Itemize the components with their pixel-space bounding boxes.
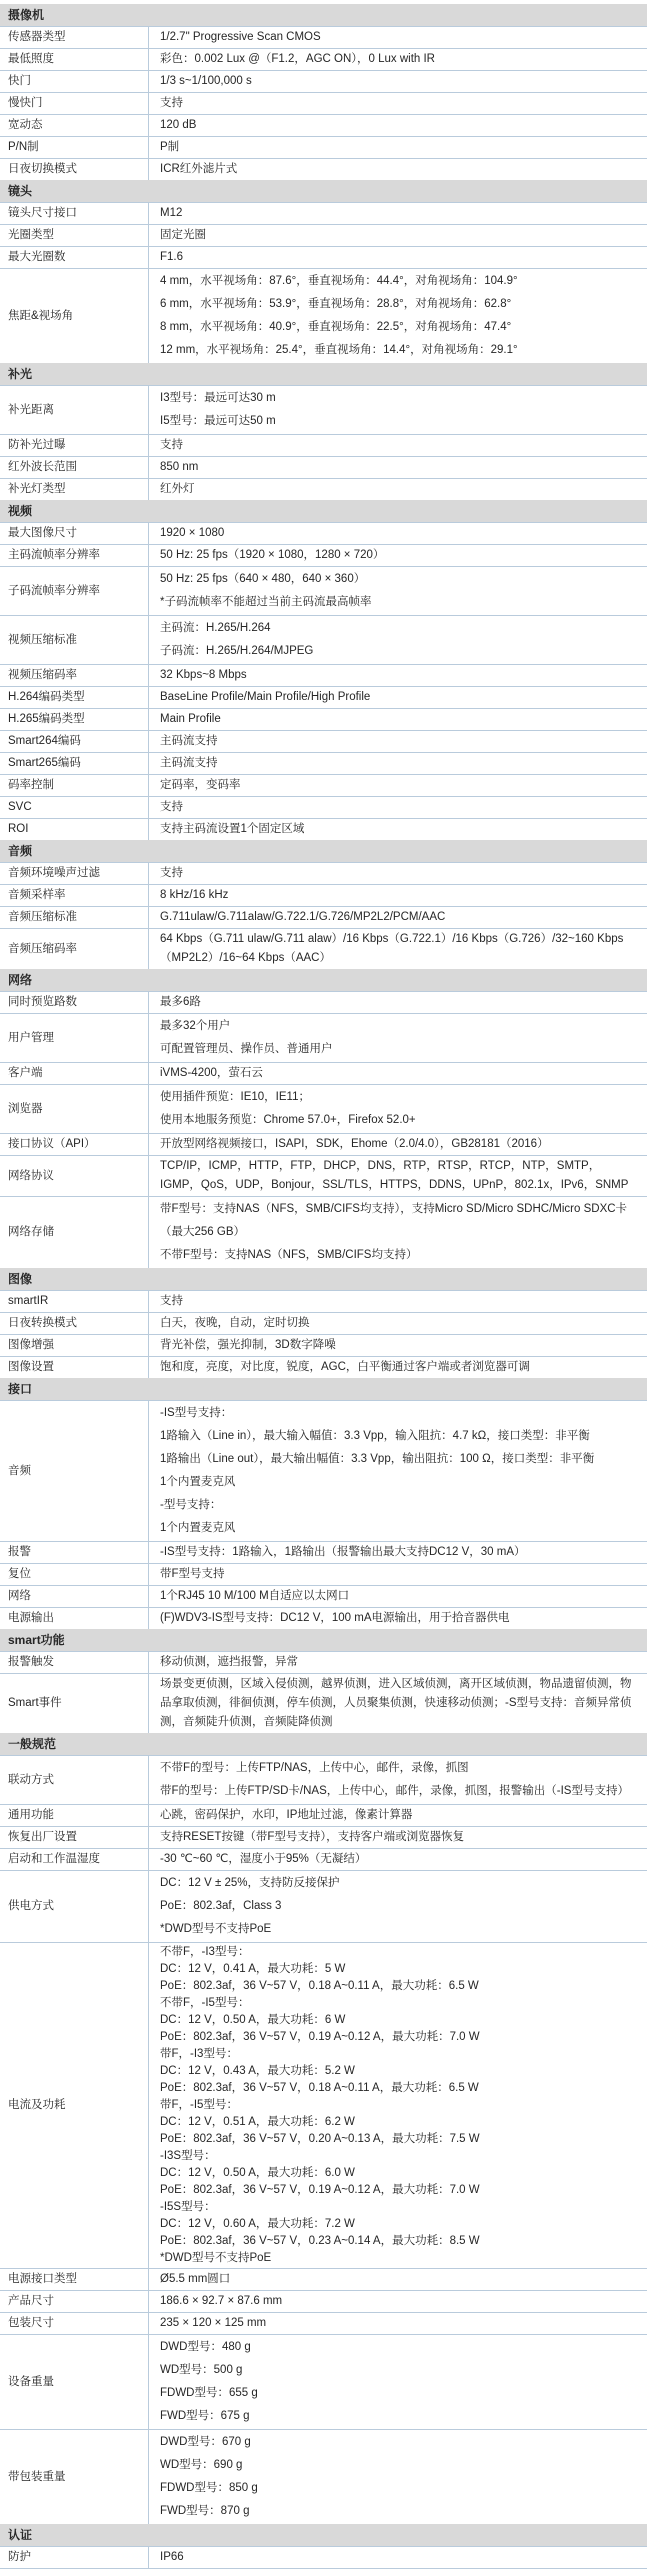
spec-value: iVMS-4200，萤石云	[148, 1063, 647, 1084]
spec-label: 补光灯类型	[0, 479, 148, 500]
spec-value-line: iVMS-4200，萤石云	[160, 1064, 639, 1083]
spec-value: Ø5.5 mm圆口	[148, 2269, 647, 2290]
spec-value: 带F型号支持	[148, 1564, 647, 1585]
spec-label: 码率控制	[0, 775, 148, 796]
spec-value-line: 1/3 s~1/100,000 s	[160, 72, 639, 91]
spec-value-line: 186.6 × 92.7 × 87.6 mm	[160, 2292, 639, 2311]
spec-value-line: I5型号：最远可达50 m	[160, 410, 639, 433]
spec-value: 主码流支持	[148, 753, 647, 774]
spec-label: 电源输出	[0, 1608, 148, 1629]
spec-row: 网络协议TCP/IP，ICMP，HTTP，FTP，DHCP，DNS，RTP，RT…	[0, 1155, 647, 1196]
spec-row: 最低照度彩色：0.002 Lux @（F1.2，AGC ON），0 Lux wi…	[0, 48, 647, 70]
spec-value: -30 ℃~60 ℃，湿度小于95%（无凝结）	[148, 1849, 647, 1870]
spec-label: 网络存储	[0, 1197, 148, 1268]
spec-row: 包装尺寸235 × 120 × 125 mm	[0, 2312, 647, 2334]
spec-value-line: 开放型网络视频接口，ISAPI，SDK，Ehome（2.0/4.0），GB281…	[160, 1135, 639, 1154]
spec-value: 移动侦测，遮挡报警，异常	[148, 1652, 647, 1673]
spec-value-line: PoE：802.3af，36 V~57 V，0.19 A~0.12 A，最大功耗…	[160, 2182, 639, 2199]
spec-row: Smart265编码主码流支持	[0, 752, 647, 774]
spec-row: 音频采样率8 kHz/16 kHz	[0, 884, 647, 906]
spec-label: 最大光圈数	[0, 247, 148, 268]
section-header: 认证	[0, 2524, 647, 2546]
spec-value-line: 带F的型号：上传FTP/SD卡/NAS，上传中心，邮件，录像，抓图，报警输出（-…	[160, 1780, 639, 1803]
section-header: 摄像机	[0, 4, 647, 26]
section-header: 镜头	[0, 180, 647, 202]
spec-table: 摄像机传感器类型1/2.7" Progressive Scan CMOS最低照度…	[0, 4, 647, 2569]
spec-label: H.264编码类型	[0, 687, 148, 708]
spec-value-line: FWD型号：675 g	[160, 2405, 639, 2428]
spec-value: 主码流支持	[148, 731, 647, 752]
spec-row: 电流及功耗不带F，-I3型号：DC：12 V，0.41 A，最大功耗：5 WPo…	[0, 1942, 647, 2268]
spec-value: 主码流：H.265/H.264子码流：H.265/H.264/MJPEG	[148, 616, 647, 664]
spec-row: Smart事件场景变更侦测，区域入侵侦测，越界侦测，进入区域侦测，离开区域侦测，…	[0, 1673, 647, 1733]
spec-row: smartIR支持	[0, 1290, 647, 1312]
spec-label: Smart事件	[0, 1674, 148, 1733]
section-header: 视频	[0, 500, 647, 522]
spec-label: 最大图像尺寸	[0, 523, 148, 544]
spec-value-line: 带F，-I5型号：	[160, 2097, 639, 2114]
spec-row: H.265编码类型Main Profile	[0, 708, 647, 730]
spec-value-line: 白天，夜晚，自动，定时切换	[160, 1314, 639, 1333]
spec-value-line: 1路输入（Line in），最大输入幅值：3.3 Vpp，输入阻抗：4.7 kΩ…	[160, 1425, 639, 1448]
spec-row: 设备重量DWD型号：480 gWD型号：500 gFDWD型号：655 gFWD…	[0, 2334, 647, 2429]
spec-value: 定码率，变码率	[148, 775, 647, 796]
spec-row: 接口协议（API）开放型网络视频接口，ISAPI，SDK，Ehome（2.0/4…	[0, 1133, 647, 1155]
spec-row: 音频压缩码率64 Kbps（G.711 ulaw/G.711 alaw）/16 …	[0, 928, 647, 969]
spec-label: 补光距离	[0, 386, 148, 434]
section-header: 图像	[0, 1268, 647, 1290]
spec-value-line: 支持	[160, 94, 639, 113]
spec-label: 焦距&视场角	[0, 269, 148, 363]
spec-row: 日夜转换模式白天，夜晚，自动，定时切换	[0, 1312, 647, 1334]
spec-label: 图像设置	[0, 1357, 148, 1378]
spec-value: ICR红外滤片式	[148, 159, 647, 180]
spec-row: 最大光圈数F1.6	[0, 246, 647, 268]
section-header: 网络	[0, 969, 647, 991]
spec-value: 最多6路	[148, 992, 647, 1013]
spec-label: SVC	[0, 797, 148, 818]
spec-label: 红外波长范围	[0, 457, 148, 478]
spec-label: smartIR	[0, 1291, 148, 1312]
spec-value-line: *子码流帧率不能超过当前主码流最高帧率	[160, 591, 639, 614]
spec-value-line: 移动侦测，遮挡报警，异常	[160, 1653, 639, 1672]
spec-label: 子码流帧率分辨率	[0, 567, 148, 615]
spec-value: 支持RESET按键（带F型号支持），支持客户端或浏览器恢复	[148, 1827, 647, 1848]
spec-value: 4 mm，水平视场角：87.6°，垂直视场角：44.4°，对角视场角：104.9…	[148, 269, 647, 363]
spec-value-line: DC：12 V ± 25%，支持防反接保护	[160, 1872, 639, 1895]
spec-value-line: PoE：802.3af，36 V~57 V，0.23 A~0.14 A，最大功耗…	[160, 2233, 639, 2250]
spec-label: 音频	[0, 1401, 148, 1541]
spec-value: 支持	[148, 93, 647, 114]
spec-value-line: 使用本地服务预览：Chrome 57.0+，Firefox 52.0+	[160, 1109, 639, 1132]
spec-row: 宽动态120 dB	[0, 114, 647, 136]
section-header: 接口	[0, 1378, 647, 1400]
spec-value-line: 4 mm，水平视场角：87.6°，垂直视场角：44.4°，对角视场角：104.9…	[160, 270, 639, 293]
spec-value: 1920 × 1080	[148, 523, 647, 544]
spec-label: 音频压缩码率	[0, 929, 148, 969]
spec-row: 音频环境噪声过滤支持	[0, 862, 647, 884]
spec-value: 支持主码流设置1个固定区域	[148, 819, 647, 840]
spec-value-line: 带F型号：支持NAS（NFS，SMB/CIFS均支持），支持Micro SD/M…	[160, 1198, 639, 1244]
spec-value-line: -IS型号支持：	[160, 1402, 639, 1425]
spec-value-line: 不带F型号：支持NAS（NFS，SMB/CIFS均支持）	[160, 1244, 639, 1267]
spec-row: 客户端iVMS-4200，萤石云	[0, 1062, 647, 1084]
spec-label: 视频压缩码率	[0, 665, 148, 686]
spec-value: 支持	[148, 1291, 647, 1312]
spec-value-line: WD型号：690 g	[160, 2454, 639, 2477]
spec-value-line: 可配置管理员、操作员、普通用户	[160, 1038, 639, 1061]
spec-value: 开放型网络视频接口，ISAPI，SDK，Ehome（2.0/4.0），GB281…	[148, 1134, 647, 1155]
spec-value-line: 支持	[160, 798, 639, 817]
spec-value-line: 6 mm，水平视场角：53.9°，垂直视场角：28.8°，对角视场角：62.8°	[160, 293, 639, 316]
spec-row: 日夜切换模式ICR红外滤片式	[0, 158, 647, 180]
spec-value-line: -I5S型号：	[160, 2199, 639, 2216]
spec-value-line: 固定光圈	[160, 226, 639, 245]
spec-label: 报警	[0, 1542, 148, 1563]
spec-row: 主码流帧率分辨率50 Hz: 25 fps（1920 × 1080，1280 ×…	[0, 544, 647, 566]
spec-label: P/N制	[0, 137, 148, 158]
spec-value-line: FWD型号：870 g	[160, 2500, 639, 2523]
spec-value: BaseLine Profile/Main Profile/High Profi…	[148, 687, 647, 708]
spec-row: 启动和工作温湿度-30 ℃~60 ℃，湿度小于95%（无凝结）	[0, 1848, 647, 1870]
spec-label: 日夜切换模式	[0, 159, 148, 180]
spec-row: 最大图像尺寸1920 × 1080	[0, 522, 647, 544]
spec-value: 64 Kbps（G.711 ulaw/G.711 alaw）/16 Kbps（G…	[148, 929, 647, 969]
spec-row: 联动方式不带F的型号：上传FTP/NAS，上传中心，邮件，录像，抓图带F的型号：…	[0, 1755, 647, 1804]
spec-value: DC：12 V ± 25%，支持防反接保护PoE：802.3af，Class 3…	[148, 1871, 647, 1942]
spec-row: 音频-IS型号支持：1路输入（Line in），最大输入幅值：3.3 Vpp，输…	[0, 1400, 647, 1541]
spec-label: Smart265编码	[0, 753, 148, 774]
spec-label: 音频环境噪声过滤	[0, 863, 148, 884]
spec-row: 电源输出(F)WDV3-IS型号支持：DC12 V，100 mA电源输出，用于拾…	[0, 1607, 647, 1629]
spec-label: 供电方式	[0, 1871, 148, 1942]
spec-label: 同时预览路数	[0, 992, 148, 1013]
spec-value-line: 主码流支持	[160, 754, 639, 773]
spec-value: (F)WDV3-IS型号支持：DC12 V，100 mA电源输出，用于拾音器供电	[148, 1608, 647, 1629]
spec-value: 50 Hz: 25 fps（640 × 480，640 × 360）*子码流帧率…	[148, 567, 647, 615]
spec-value: 1/3 s~1/100,000 s	[148, 71, 647, 92]
spec-value-line: 主码流支持	[160, 732, 639, 751]
spec-value-line: 带F型号支持	[160, 1565, 639, 1584]
spec-label: 图像增强	[0, 1335, 148, 1356]
spec-value: DWD型号：670 gWD型号：690 gFDWD型号：850 gFWD型号：8…	[148, 2430, 647, 2524]
spec-label: 电流及功耗	[0, 1943, 148, 2268]
spec-value-line: P制	[160, 138, 639, 157]
spec-value-line: 支持	[160, 864, 639, 883]
spec-row: 恢复出厂设置支持RESET按键（带F型号支持），支持客户端或浏览器恢复	[0, 1826, 647, 1848]
spec-label: H.265编码类型	[0, 709, 148, 730]
spec-label: 音频压缩标准	[0, 907, 148, 928]
spec-value-line: 支持	[160, 1292, 639, 1311]
spec-value-line: DC：12 V，0.50 A，最大功耗：6 W	[160, 2012, 639, 2029]
spec-row: 补光灯类型红外灯	[0, 478, 647, 500]
spec-row: 视频压缩标准主码流：H.265/H.264子码流：H.265/H.264/MJP…	[0, 615, 647, 664]
spec-value-line: 1920 × 1080	[160, 524, 639, 543]
spec-value-line: 1路输出（Line out），最大输出幅值：3.3 Vpp，输出阻抗：100 Ω…	[160, 1448, 639, 1471]
spec-label: 防补光过曝	[0, 435, 148, 456]
spec-value-line: -型号支持：	[160, 1494, 639, 1517]
spec-value: 最多32个用户可配置管理员、操作员、普通用户	[148, 1014, 647, 1062]
spec-value: M12	[148, 203, 647, 224]
spec-value-line: 彩色：0.002 Lux @（F1.2，AGC ON），0 Lux with I…	[160, 50, 639, 69]
spec-value: 1个RJ45 10 M/100 M自适应以太网口	[148, 1586, 647, 1607]
spec-row: H.264编码类型BaseLine Profile/Main Profile/H…	[0, 686, 647, 708]
spec-row: 供电方式DC：12 V ± 25%，支持防反接保护PoE：802.3af，Cla…	[0, 1870, 647, 1942]
spec-value-line: PoE：802.3af，Class 3	[160, 1895, 639, 1918]
spec-row: 慢快门支持	[0, 92, 647, 114]
spec-label: ROI	[0, 819, 148, 840]
spec-value-line: 64 Kbps（G.711 ulaw/G.711 alaw）/16 Kbps（G…	[160, 930, 639, 968]
spec-label: 恢复出厂设置	[0, 1827, 148, 1848]
spec-row: 传感器类型1/2.7" Progressive Scan CMOS	[0, 26, 647, 48]
spec-value-line: TCP/IP，ICMP，HTTP，FTP，DHCP，DNS，RTP，RTSP，R…	[160, 1157, 639, 1195]
spec-label: 视频压缩标准	[0, 616, 148, 664]
spec-value-line: *DWD型号不支持PoE	[160, 2250, 639, 2267]
spec-value-line: 心跳，密码保护，水印，IP地址过滤，像素计算器	[160, 1806, 639, 1825]
spec-value: 32 Kbps~8 Mbps	[148, 665, 647, 686]
spec-value-line: 50 Hz: 25 fps（1920 × 1080，1280 × 720）	[160, 546, 639, 565]
spec-row: 网络1个RJ45 10 M/100 M自适应以太网口	[0, 1585, 647, 1607]
spec-value-line: 1/2.7" Progressive Scan CMOS	[160, 28, 639, 47]
spec-label: 电源接口类型	[0, 2269, 148, 2290]
spec-label: 传感器类型	[0, 27, 148, 48]
spec-value: 8 kHz/16 kHz	[148, 885, 647, 906]
spec-value-line: PoE：802.3af，36 V~57 V，0.19 A~0.12 A，最大功耗…	[160, 2029, 639, 2046]
spec-row: 图像增强背光补偿，强光抑制，3D数字降噪	[0, 1334, 647, 1356]
spec-value-line: -30 ℃~60 ℃，湿度小于95%（无凝结）	[160, 1850, 639, 1869]
spec-label: Smart264编码	[0, 731, 148, 752]
spec-value-line: DWD型号：670 g	[160, 2431, 639, 2454]
spec-value-line: FDWD型号：850 g	[160, 2477, 639, 2500]
spec-value-line: DWD型号：480 g	[160, 2336, 639, 2359]
spec-value-line: 支持	[160, 436, 639, 455]
spec-value-line: *DWD型号不支持PoE	[160, 1918, 639, 1941]
spec-label: 接口协议（API）	[0, 1134, 148, 1155]
spec-value: 场景变更侦测，区域入侵侦测，越界侦测，进入区域侦测，离开区域侦测，物品遗留侦测，…	[148, 1674, 647, 1733]
spec-label: 主码流帧率分辨率	[0, 545, 148, 566]
spec-value: I3型号：最远可达30 mI5型号：最远可达50 m	[148, 386, 647, 434]
spec-label: 报警触发	[0, 1652, 148, 1673]
spec-value: 支持	[148, 863, 647, 884]
spec-row: 报警-IS型号支持：1路输入，1路输出（报警输出最大支持DC12 V，30 mA…	[0, 1541, 647, 1563]
spec-value-line: 红外灯	[160, 480, 639, 499]
spec-value-line: -IS型号支持：1路输入，1路输出（报警输出最大支持DC12 V，30 mA）	[160, 1543, 639, 1562]
spec-value: -IS型号支持：1路输入（Line in），最大输入幅值：3.3 Vpp，输入阻…	[148, 1401, 647, 1541]
spec-value-line: 不带F，-I3型号：	[160, 1944, 639, 1961]
spec-value-line: DC：12 V，0.50 A，最大功耗：6.0 W	[160, 2165, 639, 2182]
spec-row: 补光距离I3型号：最远可达30 mI5型号：最远可达50 m	[0, 385, 647, 434]
spec-row: 带包装重量DWD型号：670 gWD型号：690 gFDWD型号：850 gFW…	[0, 2429, 647, 2524]
spec-label: 宽动态	[0, 115, 148, 136]
spec-value-line: 使用插件预览：IE10，IE11；	[160, 1086, 639, 1109]
spec-value: 支持	[148, 797, 647, 818]
spec-label: 慢快门	[0, 93, 148, 114]
spec-value-line: M12	[160, 204, 639, 223]
spec-value: 50 Hz: 25 fps（1920 × 1080，1280 × 720）	[148, 545, 647, 566]
spec-value-line: Ø5.5 mm圆口	[160, 2270, 639, 2289]
spec-value-line: 饱和度，亮度，对比度，锐度，AGC，白平衡通过客户端或者浏览器可调	[160, 1358, 639, 1377]
spec-value: 120 dB	[148, 115, 647, 136]
spec-value-line: BaseLine Profile/Main Profile/High Profi…	[160, 688, 639, 707]
spec-row: 通用功能心跳，密码保护，水印，IP地址过滤，像素计算器	[0, 1804, 647, 1826]
spec-label: 最低照度	[0, 49, 148, 70]
spec-label: 音频采样率	[0, 885, 148, 906]
spec-row: 快门1/3 s~1/100,000 s	[0, 70, 647, 92]
spec-value-line: WD型号：500 g	[160, 2359, 639, 2382]
spec-value-line: FDWD型号：655 g	[160, 2382, 639, 2405]
spec-value-line: 最多32个用户	[160, 1015, 639, 1038]
spec-value: P制	[148, 137, 647, 158]
section-header: 补光	[0, 363, 647, 385]
spec-label: 镜头尺寸接口	[0, 203, 148, 224]
spec-value: 使用插件预览：IE10，IE11；使用本地服务预览：Chrome 57.0+，F…	[148, 1085, 647, 1133]
spec-row: 红外波长范围850 nm	[0, 456, 647, 478]
spec-value: 饱和度，亮度，对比度，锐度，AGC，白平衡通过客户端或者浏览器可调	[148, 1357, 647, 1378]
spec-value-line: 带F，-I3型号：	[160, 2046, 639, 2063]
spec-value-line: F1.6	[160, 248, 639, 267]
spec-value: IP66	[148, 2547, 647, 2568]
spec-label: 启动和工作温湿度	[0, 1849, 148, 1870]
section-header: 一般规范	[0, 1733, 647, 1755]
spec-value: 不带F的型号：上传FTP/NAS，上传中心，邮件，录像，抓图带F的型号：上传FT…	[148, 1756, 647, 1804]
spec-value-line: 最多6路	[160, 993, 639, 1012]
spec-row: 码率控制定码率，变码率	[0, 774, 647, 796]
spec-value-line: (F)WDV3-IS型号支持：DC12 V，100 mA电源输出，用于拾音器供电	[160, 1609, 639, 1628]
spec-row: 浏览器使用插件预览：IE10，IE11；使用本地服务预览：Chrome 57.0…	[0, 1084, 647, 1133]
spec-value-line: I3型号：最远可达30 m	[160, 387, 639, 410]
spec-row: 视频压缩码率32 Kbps~8 Mbps	[0, 664, 647, 686]
spec-value-line: PoE：802.3af，36 V~57 V，0.20 A~0.13 A，最大功耗…	[160, 2131, 639, 2148]
spec-row: 镜头尺寸接口M12	[0, 202, 647, 224]
spec-value: F1.6	[148, 247, 647, 268]
spec-value-line: Main Profile	[160, 710, 639, 729]
spec-value-line: 1个RJ45 10 M/100 M自适应以太网口	[160, 1587, 639, 1606]
spec-label: 快门	[0, 71, 148, 92]
spec-row: 复位带F型号支持	[0, 1563, 647, 1585]
section-header: smart功能	[0, 1629, 647, 1651]
spec-row: SVC支持	[0, 796, 647, 818]
spec-row: 网络存储带F型号：支持NAS（NFS，SMB/CIFS均支持），支持Micro …	[0, 1196, 647, 1268]
spec-value-line: 不带F，-I5型号：	[160, 1995, 639, 2012]
spec-value-line: DC：12 V，0.51 A，最大功耗：6.2 W	[160, 2114, 639, 2131]
spec-row: Smart264编码主码流支持	[0, 730, 647, 752]
spec-value-line: 120 dB	[160, 116, 639, 135]
spec-value-line: 50 Hz: 25 fps（640 × 480，640 × 360）	[160, 568, 639, 591]
spec-value-line: PoE：802.3af，36 V~57 V，0.18 A~0.11 A，最大功耗…	[160, 2080, 639, 2097]
spec-value-line: 8 mm，水平视场角：40.9°，垂直视场角：22.5°，对角视场角：47.4°	[160, 316, 639, 339]
spec-value: 彩色：0.002 Lux @（F1.2，AGC ON），0 Lux with I…	[148, 49, 647, 70]
spec-value: 红外灯	[148, 479, 647, 500]
spec-label: 用户管理	[0, 1014, 148, 1062]
spec-value-line: ICR红外滤片式	[160, 160, 639, 179]
spec-row: 子码流帧率分辨率50 Hz: 25 fps（640 × 480，640 × 36…	[0, 566, 647, 615]
spec-value: 固定光圈	[148, 225, 647, 246]
spec-value: 不带F，-I3型号：DC：12 V，0.41 A，最大功耗：5 WPoE：802…	[148, 1943, 647, 2268]
spec-row: 图像设置饱和度，亮度，对比度，锐度，AGC，白平衡通过客户端或者浏览器可调	[0, 1356, 647, 1378]
spec-value-line: 场景变更侦测，区域入侵侦测，越界侦测，进入区域侦测，离开区域侦测，物品遗留侦测，…	[160, 1675, 639, 1732]
spec-value-line: 235 × 120 × 125 mm	[160, 2314, 639, 2333]
spec-label: 浏览器	[0, 1085, 148, 1133]
spec-row: P/N制P制	[0, 136, 647, 158]
spec-value-line: IP66	[160, 2548, 639, 2567]
spec-label: 带包装重量	[0, 2430, 148, 2524]
spec-value: 1/2.7" Progressive Scan CMOS	[148, 27, 647, 48]
spec-value: 带F型号：支持NAS（NFS，SMB/CIFS均支持），支持Micro SD/M…	[148, 1197, 647, 1268]
spec-label: 客户端	[0, 1063, 148, 1084]
spec-value-line: 32 Kbps~8 Mbps	[160, 666, 639, 685]
spec-label: 联动方式	[0, 1756, 148, 1804]
spec-value-line: 子码流：H.265/H.264/MJPEG	[160, 640, 639, 663]
spec-label: 防护	[0, 2547, 148, 2568]
spec-value-line: 8 kHz/16 kHz	[160, 886, 639, 905]
spec-label: 光圈类型	[0, 225, 148, 246]
spec-value: 背光补偿，强光抑制，3D数字降噪	[148, 1335, 647, 1356]
spec-value-line: 支持主码流设置1个固定区域	[160, 820, 639, 839]
spec-value-line: 定码率，变码率	[160, 776, 639, 795]
spec-value: 235 × 120 × 125 mm	[148, 2313, 647, 2334]
section-header: 音频	[0, 840, 647, 862]
spec-value: Main Profile	[148, 709, 647, 730]
spec-label: 网络协议	[0, 1156, 148, 1196]
spec-value-line: DC：12 V，0.60 A，最大功耗：7.2 W	[160, 2216, 639, 2233]
spec-value: 支持	[148, 435, 647, 456]
spec-value-line: 不带F的型号：上传FTP/NAS，上传中心，邮件，录像，抓图	[160, 1757, 639, 1780]
spec-value: 186.6 × 92.7 × 87.6 mm	[148, 2291, 647, 2312]
spec-row: 用户管理最多32个用户可配置管理员、操作员、普通用户	[0, 1013, 647, 1062]
spec-value-line: G.711ulaw/G.711alaw/G.722.1/G.726/MP2L2/…	[160, 908, 639, 927]
spec-label: 网络	[0, 1586, 148, 1607]
spec-value-line: -I3S型号：	[160, 2148, 639, 2165]
spec-value-line: PoE：802.3af，36 V~57 V，0.18 A~0.11 A，最大功耗…	[160, 1978, 639, 1995]
spec-row: 防补光过曝支持	[0, 434, 647, 456]
spec-value-line: 1个内置麦克风	[160, 1517, 639, 1540]
spec-row: 光圈类型固定光圈	[0, 224, 647, 246]
spec-value: DWD型号：480 gWD型号：500 gFDWD型号：655 gFWD型号：6…	[148, 2335, 647, 2429]
spec-label: 复位	[0, 1564, 148, 1585]
spec-value-line: 主码流：H.265/H.264	[160, 617, 639, 640]
spec-value-line: 背光补偿，强光抑制，3D数字降噪	[160, 1336, 639, 1355]
spec-row: 同时预览路数最多6路	[0, 991, 647, 1013]
spec-value-line: 支持RESET按键（带F型号支持），支持客户端或浏览器恢复	[160, 1828, 639, 1847]
spec-row: 电源接口类型Ø5.5 mm圆口	[0, 2268, 647, 2290]
spec-value-line: DC：12 V，0.43 A，最大功耗：5.2 W	[160, 2063, 639, 2080]
spec-value: 850 nm	[148, 457, 647, 478]
spec-value-line: 850 nm	[160, 458, 639, 477]
spec-value: -IS型号支持：1路输入，1路输出（报警输出最大支持DC12 V，30 mA）	[148, 1542, 647, 1563]
spec-row: 防护IP66	[0, 2546, 647, 2568]
spec-row: 音频压缩标准G.711ulaw/G.711alaw/G.722.1/G.726/…	[0, 906, 647, 928]
spec-value-line: DC：12 V，0.41 A，最大功耗：5 W	[160, 1961, 639, 1978]
spec-value-line: 1个内置麦克风	[160, 1471, 639, 1494]
spec-row: 报警触发移动侦测，遮挡报警，异常	[0, 1651, 647, 1673]
spec-label: 日夜转换模式	[0, 1313, 148, 1334]
spec-value: TCP/IP，ICMP，HTTP，FTP，DHCP，DNS，RTP，RTSP，R…	[148, 1156, 647, 1196]
spec-label: 产品尺寸	[0, 2291, 148, 2312]
spec-value: 白天，夜晚，自动，定时切换	[148, 1313, 647, 1334]
spec-row: 焦距&视场角4 mm，水平视场角：87.6°，垂直视场角：44.4°，对角视场角…	[0, 268, 647, 363]
spec-label: 包装尺寸	[0, 2313, 148, 2334]
spec-row: ROI支持主码流设置1个固定区域	[0, 818, 647, 840]
spec-value: G.711ulaw/G.711alaw/G.722.1/G.726/MP2L2/…	[148, 907, 647, 928]
spec-label: 设备重量	[0, 2335, 148, 2429]
spec-value-line: 12 mm，水平视场角：25.4°，垂直视场角：14.4°，对角视场角：29.1…	[160, 339, 639, 362]
spec-label: 通用功能	[0, 1805, 148, 1826]
spec-row: 产品尺寸186.6 × 92.7 × 87.6 mm	[0, 2290, 647, 2312]
spec-value: 心跳，密码保护，水印，IP地址过滤，像素计算器	[148, 1805, 647, 1826]
